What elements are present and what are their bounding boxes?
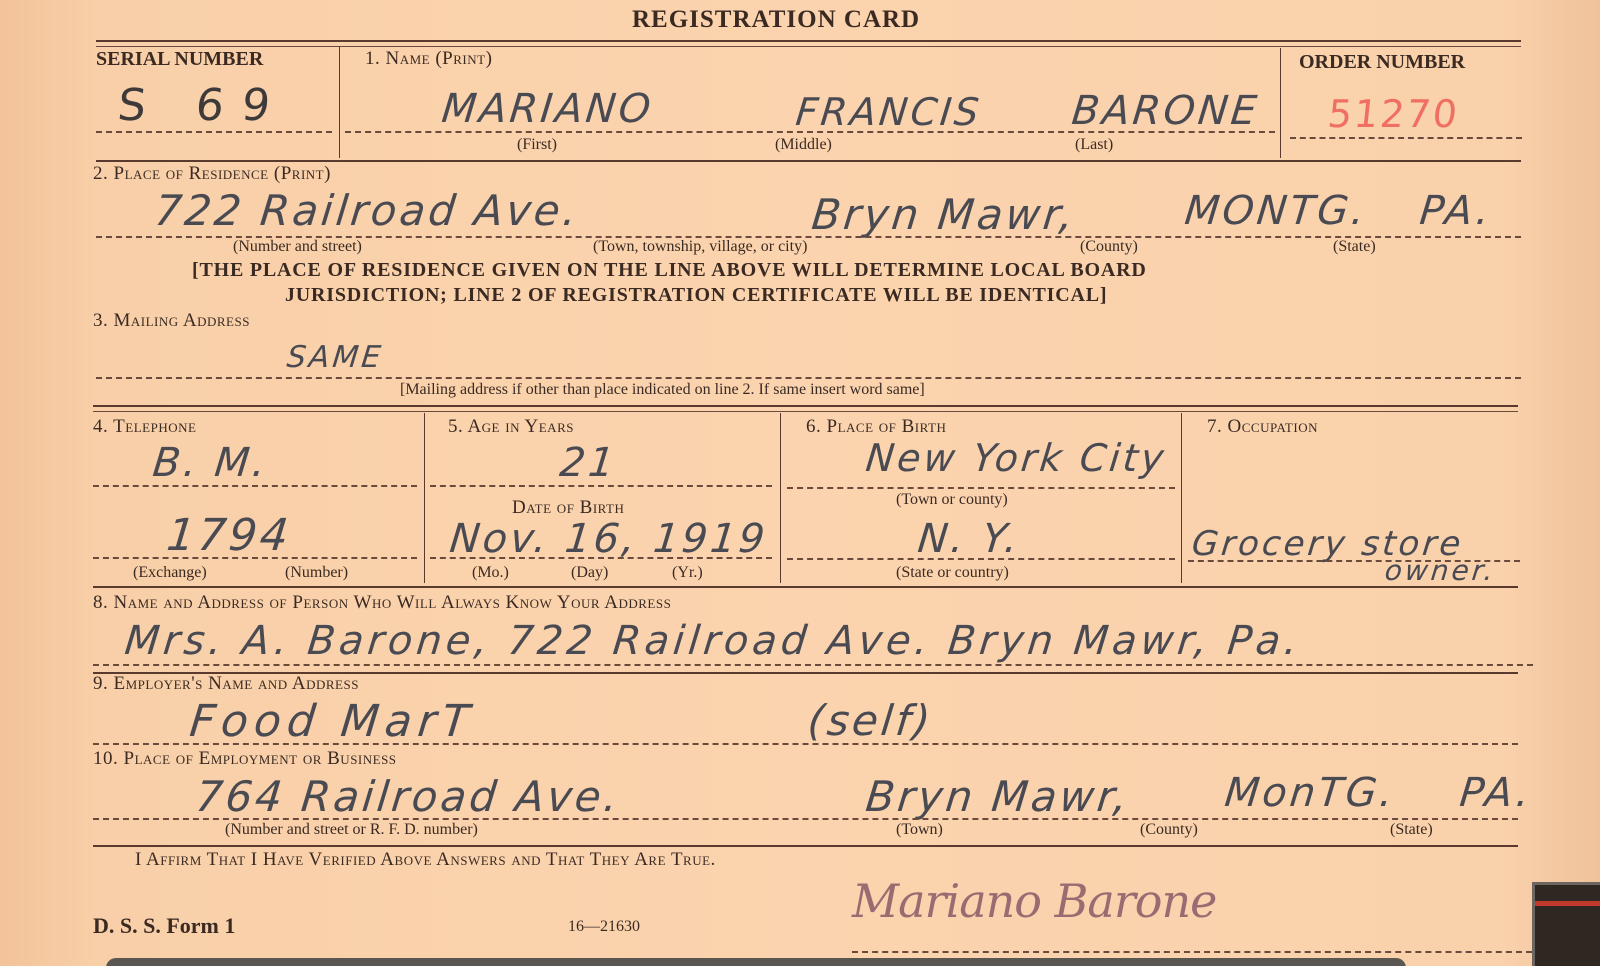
top-rule bbox=[96, 40, 1521, 42]
order-dash bbox=[1290, 137, 1522, 139]
employer-dash bbox=[93, 743, 1518, 745]
telephone-dash-2 bbox=[93, 557, 417, 559]
last-caption: (Last) bbox=[1075, 136, 1113, 154]
birthplace-town-value: New York City bbox=[864, 436, 1169, 480]
residence-county-caption: (County) bbox=[1080, 238, 1138, 256]
occupation-value-line2: owner. bbox=[1383, 554, 1497, 587]
card-title: REGISTRATION CARD bbox=[632, 6, 920, 34]
occupation-label: 7. Occupation bbox=[1207, 416, 1318, 438]
age-dash bbox=[430, 485, 772, 487]
number-caption: (Number) bbox=[285, 564, 348, 582]
telephone-number-value: 1794 bbox=[164, 510, 293, 561]
row-rule-inner bbox=[93, 411, 1518, 412]
exchange-caption: (Exchange) bbox=[133, 564, 207, 582]
residence-town-value: Bryn Mawr, bbox=[809, 190, 1078, 239]
mailing-label: 3. Mailing Address bbox=[93, 310, 250, 332]
residence-state-caption: (State) bbox=[1333, 238, 1376, 256]
residence-state-value: PA. bbox=[1418, 188, 1495, 234]
employer-name-value: Food MarT bbox=[187, 696, 477, 747]
order-number-value: 51270 bbox=[1326, 92, 1462, 136]
divider bbox=[424, 413, 425, 583]
residence-county-value: MONTG. bbox=[1183, 188, 1370, 234]
telephone-dash-1 bbox=[93, 485, 417, 487]
residence-town-caption: (Town, township, village, or city) bbox=[593, 238, 807, 256]
serial-number-label: SERIAL NUMBER bbox=[96, 48, 263, 71]
divider bbox=[339, 46, 340, 158]
employment-town-value: Bryn Mawr, bbox=[863, 772, 1132, 821]
employment-street-value: 764 Railroad Ave. bbox=[193, 772, 622, 821]
birthplace-label: 6. Place of Birth bbox=[806, 416, 946, 438]
telephone-label: 4. Telephone bbox=[93, 416, 196, 438]
birthplace-state-caption: (State or country) bbox=[896, 564, 1009, 582]
telephone-exchange-value: B. M. bbox=[151, 440, 271, 486]
divider bbox=[1280, 48, 1281, 158]
residence-label: 2. Place of Residence (Print) bbox=[93, 163, 331, 185]
contact-label: 8. Name and Address of Person Who Will A… bbox=[93, 592, 671, 614]
age-value: 21 bbox=[558, 440, 620, 486]
employment-street-caption: (Number and street or R. F. D. number) bbox=[225, 821, 478, 839]
last-name-value: BARONE bbox=[1070, 88, 1262, 134]
serial-number-value: S 69 bbox=[115, 80, 290, 131]
birthplace-dash-2 bbox=[787, 558, 1175, 560]
print-code: 16—21630 bbox=[568, 918, 640, 936]
panel-accent-line bbox=[1535, 901, 1600, 906]
row-rule bbox=[93, 845, 1518, 847]
row-rule bbox=[93, 586, 1518, 588]
employment-town-caption: (Town) bbox=[896, 821, 943, 839]
employment-label: 10. Place of Employment or Business bbox=[93, 748, 397, 770]
employment-state-value: PA. bbox=[1458, 770, 1535, 816]
middle-name-value: FRANCIS bbox=[794, 90, 984, 134]
name-label: 1. Name (Print) bbox=[365, 48, 492, 70]
first-caption: (First) bbox=[517, 136, 557, 154]
year-caption: (Yr.) bbox=[672, 564, 703, 582]
first-name-value: MARIANO bbox=[440, 86, 656, 132]
viewer-bottom-toolbar[interactable] bbox=[106, 958, 1406, 966]
dob-value: Nov. 16, 1919 bbox=[448, 516, 770, 562]
signature: Mariano Barone bbox=[852, 874, 1216, 928]
month-caption: (Mo.) bbox=[472, 564, 509, 582]
birthplace-dash-1 bbox=[787, 487, 1175, 489]
form-id: D. S. S. Form 1 bbox=[93, 913, 235, 939]
signature-dash bbox=[852, 951, 1532, 953]
viewer-panel-corner[interactable] bbox=[1532, 882, 1600, 966]
mailing-value: SAME bbox=[285, 340, 385, 375]
divider bbox=[780, 413, 781, 583]
employment-state-caption: (State) bbox=[1390, 821, 1433, 839]
affirm-text: I Affirm That I Have Verified Above Answ… bbox=[135, 849, 716, 871]
employer-note-value: (self) bbox=[805, 696, 935, 745]
employment-dash bbox=[93, 818, 1518, 820]
middle-caption: (Middle) bbox=[775, 136, 832, 154]
dob-dash bbox=[430, 557, 772, 559]
row-rule bbox=[96, 160, 1521, 162]
employer-label: 9. Employer's Name and Address bbox=[93, 673, 359, 695]
top-rule-inner bbox=[96, 46, 1521, 47]
residence-notice-line2: JURISDICTION; LINE 2 OF REGISTRATION CER… bbox=[285, 284, 1107, 307]
row-rule bbox=[93, 405, 1518, 407]
contact-dash bbox=[93, 664, 1533, 666]
residence-street-caption: (Number and street) bbox=[233, 238, 362, 256]
birthplace-town-caption: (Town or county) bbox=[896, 491, 1008, 509]
serial-dash bbox=[96, 131, 332, 133]
employment-county-value: MonTG. bbox=[1223, 770, 1398, 816]
contact-value: Mrs. A. Barone, 722 Railroad Ave. Bryn M… bbox=[123, 618, 1304, 664]
divider bbox=[1181, 413, 1182, 583]
mailing-note: [Mailing address if other than place ind… bbox=[400, 381, 925, 399]
employment-county-caption: (County) bbox=[1140, 821, 1198, 839]
residence-notice-line1: [THE PLACE OF RESIDENCE GIVEN ON THE LIN… bbox=[192, 259, 1147, 282]
mailing-dash bbox=[96, 377, 1521, 379]
name-dash bbox=[345, 131, 1275, 133]
order-number-label: ORDER NUMBER bbox=[1299, 51, 1465, 74]
residence-street-value: 722 Railroad Ave. bbox=[152, 186, 581, 235]
age-label: 5. Age in Years bbox=[448, 416, 574, 438]
day-caption: (Day) bbox=[571, 564, 608, 582]
birthplace-state-value: N. Y. bbox=[916, 516, 1023, 562]
